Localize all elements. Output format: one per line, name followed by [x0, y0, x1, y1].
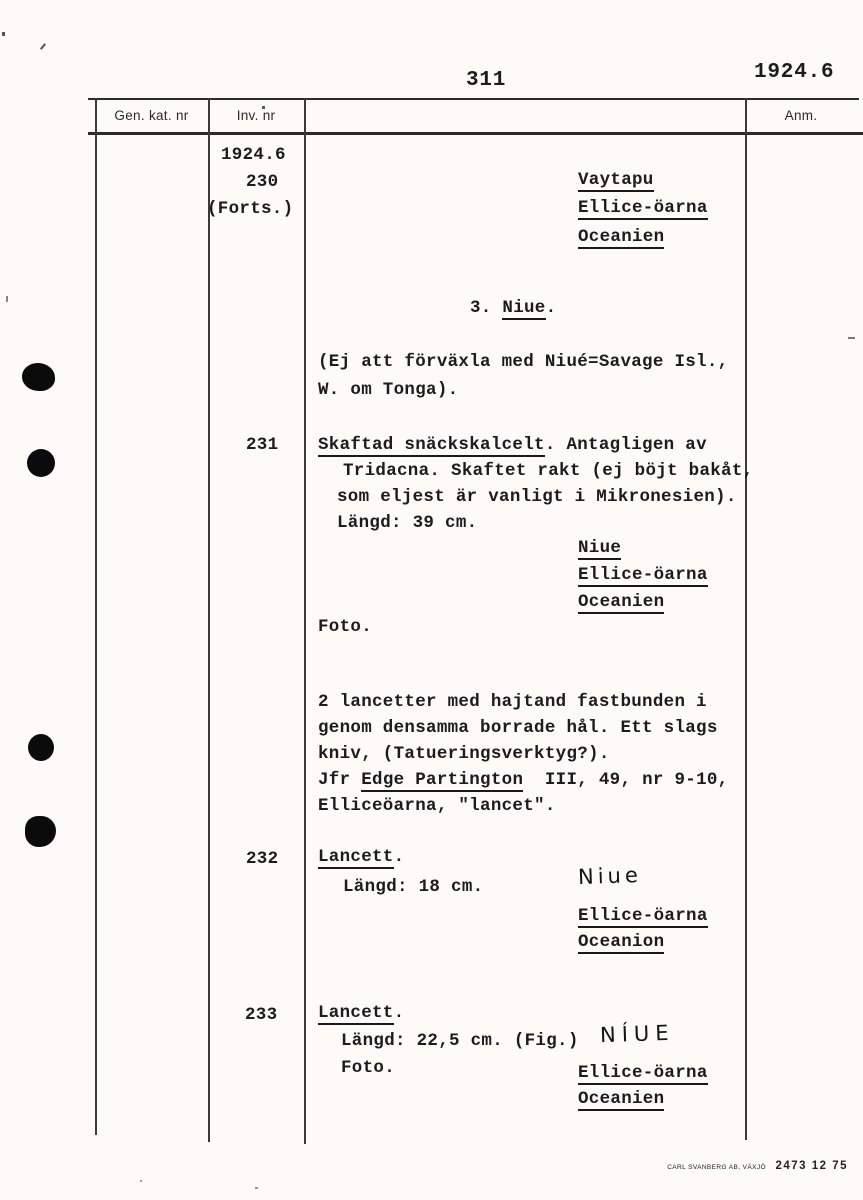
entry-231-title: Skaftad snäckskalcelt	[318, 435, 545, 457]
entry-230-inv-nr: 230	[246, 171, 278, 193]
page-number: 311	[466, 70, 506, 92]
table-divider-1	[208, 98, 210, 1142]
table-divider-2	[304, 98, 306, 1144]
location-label: Vaytapu	[578, 170, 654, 192]
scan-speck	[2, 32, 5, 36]
location-label: Niue	[578, 538, 621, 560]
entry-231-desc-line3: som eljest är vanligt i Mikronesien).	[337, 486, 737, 508]
location-label: Oceanien	[578, 227, 664, 249]
reference-rest: III, 49, nr 9-10,	[523, 770, 728, 790]
printer-code: 2473 12 75	[775, 1160, 848, 1172]
table-divider-3	[745, 98, 747, 1140]
entry-232-title: Lancett	[318, 847, 394, 869]
scan-speck	[140, 1180, 142, 1182]
punch-hole	[25, 816, 56, 847]
entry-233-inv-nr: 233	[245, 1004, 277, 1026]
heading-word: Niue	[502, 298, 545, 320]
location-label: Oceanien	[578, 592, 664, 614]
printer-footer: CARL SVANBERG AB, VÄXJÖ 2473 12 75	[590, 1156, 848, 1174]
table-border-left	[95, 98, 97, 1135]
entry-232-inv-nr: 232	[246, 848, 278, 870]
entry-232-handwritten-note: Niue	[578, 863, 643, 889]
heading-prefix: 3.	[470, 298, 502, 318]
entry-230-location: Ellice-öarna	[578, 197, 708, 219]
scan-speck	[848, 337, 855, 339]
niue-note-line1: (Ej att förväxla med Niué=Savage Isl.,	[318, 351, 728, 373]
entry-231-desc-line4: Längd: 39 cm.	[337, 512, 477, 534]
entry-232-title-rest: .	[394, 847, 405, 867]
column-header-anm: Anm.	[745, 108, 857, 123]
entry-233-location: Ellice-öarna	[578, 1062, 708, 1084]
section-heading-niue: 3. Niue.	[470, 297, 556, 319]
entry-233-title-rest: .	[394, 1003, 405, 1023]
entry-232-location: Ellice-öarna	[578, 905, 708, 927]
location-label: Ellice-öarna	[578, 198, 708, 220]
heading-suffix: .	[546, 298, 557, 318]
catalog-page: 311 1924.6 Gen. kat. nr Inv. nr Anm. 192…	[0, 0, 863, 1200]
lancet-note-line4: Jfr Edge Partington III, 49, nr 9-10,	[318, 769, 728, 791]
table-top-rule	[88, 98, 859, 100]
scan-speck	[6, 296, 8, 302]
entry-231-inv-nr: 231	[246, 434, 278, 456]
entry-231-location: Oceanien	[578, 591, 664, 613]
entry-231-desc-line2: Tridacna. Skaftet rakt (ej böjt bakåt,	[343, 460, 753, 482]
entry-233-length: Längd: 22,5 cm. (Fig.)	[341, 1030, 579, 1052]
scan-speck	[255, 1187, 258, 1189]
lancet-note-line5: Elliceöarna, "lancet".	[318, 795, 556, 817]
scan-speck	[40, 43, 46, 50]
punch-hole	[28, 734, 54, 761]
column-header-inv-nr: Inv. nr	[208, 108, 304, 123]
reference-prefix: Jfr	[318, 770, 361, 790]
entry-231-title-line: Skaftad snäckskalcelt. Antagligen av	[318, 434, 707, 456]
punch-hole	[27, 449, 55, 477]
entry-230-continued: (Forts.)	[207, 198, 293, 220]
entry-233-location: Oceanien	[578, 1088, 664, 1110]
location-label: Ellice-öarna	[578, 906, 708, 928]
entry-230-inv-year: 1924.6	[221, 144, 286, 166]
location-label: Ellice-öarna	[578, 565, 708, 587]
lancet-note-line2: genom densamma borrade hål. Ett slags	[318, 717, 718, 739]
entry-231-photo-note: Foto.	[318, 616, 372, 638]
niue-note-line2: W. om Tonga).	[318, 379, 458, 401]
entry-231-title-rest: . Antagligen av	[545, 435, 707, 455]
entry-233-handwritten-note: NÍUE	[600, 1021, 675, 1048]
location-label: Ellice-öarna	[578, 1063, 708, 1085]
entry-232-length: Längd: 18 cm.	[343, 876, 483, 898]
punch-hole	[22, 363, 55, 391]
entry-232-title-line: Lancett.	[318, 846, 404, 868]
entry-233-photo-note: Foto.	[341, 1057, 395, 1079]
entry-230-location: Vaytapu	[578, 169, 654, 191]
entry-231-location: Ellice-öarna	[578, 564, 708, 586]
lancet-note-line3: kniv, (Tatueringsverktyg?).	[318, 743, 610, 765]
entry-230-location: Oceanien	[578, 226, 664, 248]
location-label: Oceanion	[578, 932, 664, 954]
entry-233-title-line: Lancett.	[318, 1002, 404, 1024]
printer-name: CARL SVANBERG AB, VÄXJÖ	[667, 1164, 766, 1171]
reference-name: Edge Partington	[361, 770, 523, 792]
lancet-note-line1: 2 lancetter med hajtand fastbunden i	[318, 691, 707, 713]
entry-232-location: Oceanion	[578, 931, 664, 953]
location-label: Oceanien	[578, 1089, 664, 1111]
entry-233-title: Lancett	[318, 1003, 394, 1025]
entry-231-location: Niue	[578, 537, 621, 559]
inventory-year-header: 1924.6	[754, 62, 834, 84]
column-header-gen-kat-nr: Gen. kat. nr	[95, 108, 208, 123]
